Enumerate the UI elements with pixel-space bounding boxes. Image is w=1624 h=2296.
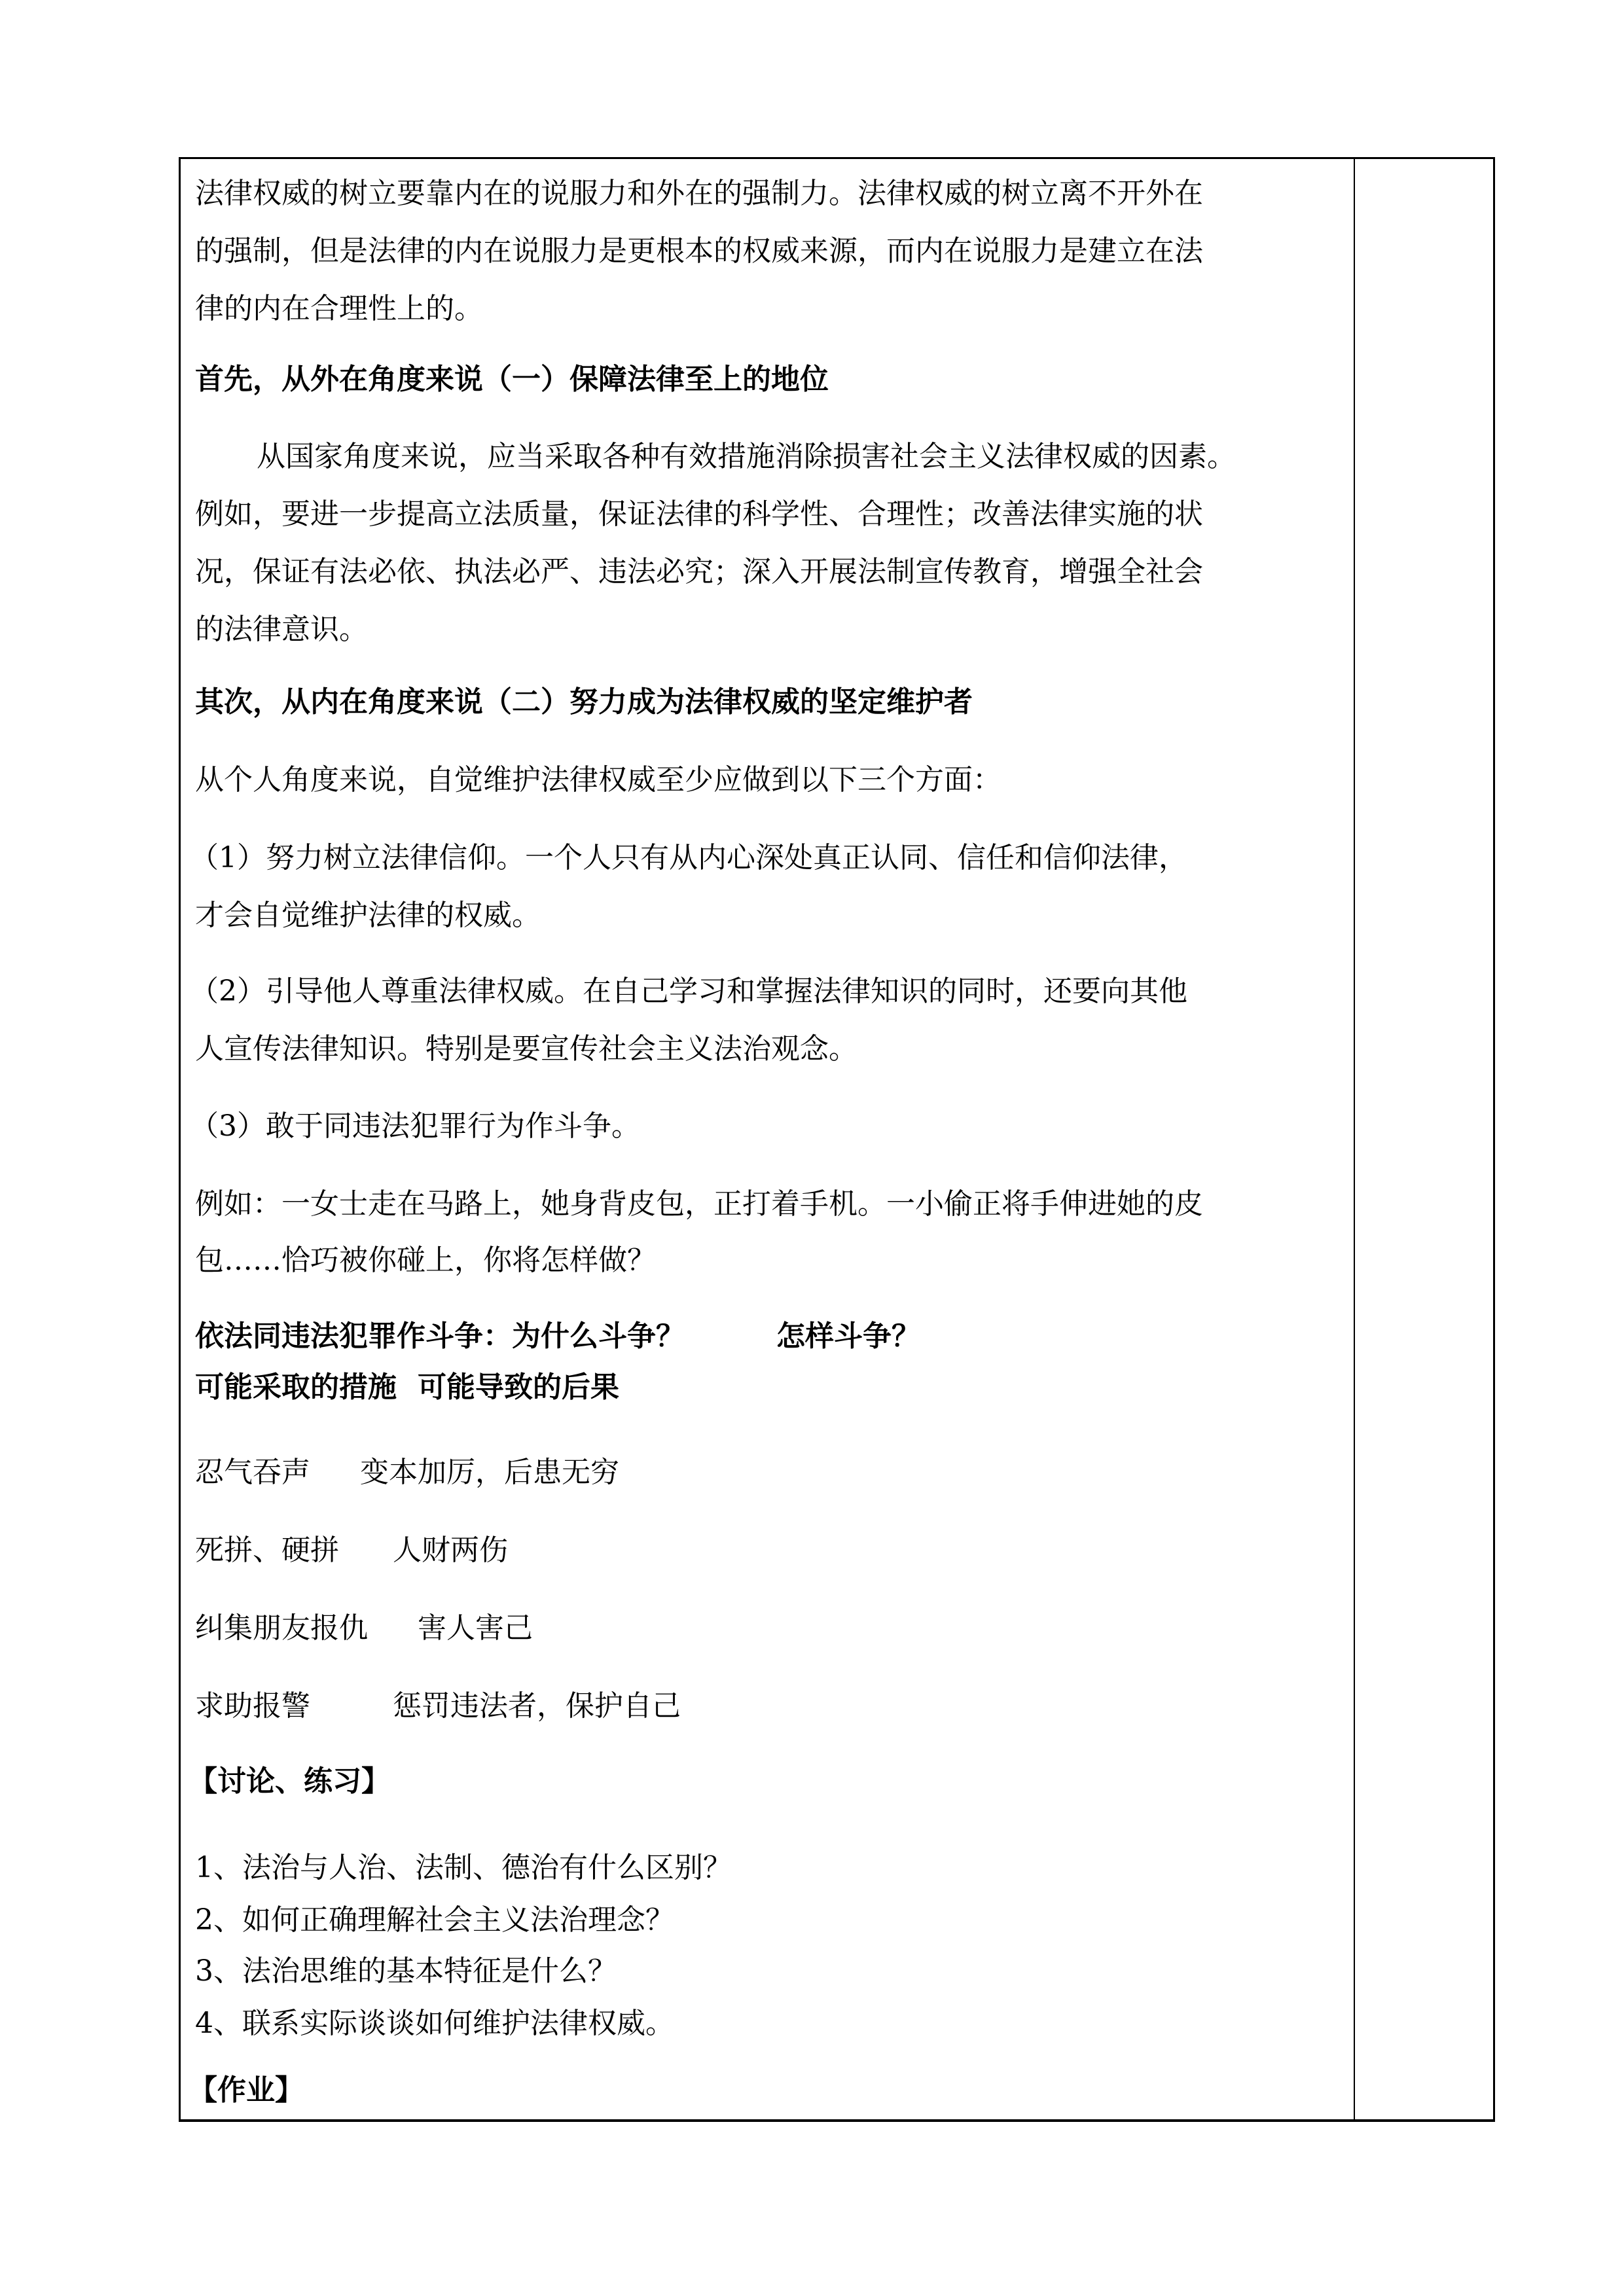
consequence: 人财两伤 <box>393 1536 508 1565</box>
example-line: 例如：一女士走在马路上，她身背皮包，正打着手机。一小偷正将手伸进她的皮 <box>195 1190 1203 1219</box>
consequence: 变本加厉，后患无穷 <box>360 1458 619 1487</box>
point-3-line: （3）敢于同违法犯罪行为作斗争。 <box>190 1112 640 1141</box>
measure: 纠集朋友报仇 <box>195 1614 368 1643</box>
state-perspective-line: 的法律意识。 <box>195 615 368 644</box>
point-1-line: （1）努力树立法律信仰。一个人只有从内心深处真正认同、信任和信仰法律， <box>190 844 1187 872</box>
homework-title: 【作业】 <box>189 2076 304 2105</box>
point-2-line: （2）引导他人尊重法律权威。在自己学习和掌握法律知识的同时，还要向其他 <box>190 977 1187 1006</box>
intro-line: 法律权威的树立要靠内在的说服力和外在的强制力。法律权威的树立离不开外在 <box>195 179 1203 208</box>
measure: 求助报警 <box>195 1692 310 1721</box>
discussion-question: 2、如何正确理解社会主义法治理念？ <box>195 1906 674 1935</box>
measure: 忍气吞声 <box>195 1458 310 1487</box>
state-perspective-line: 例如，要进一步提高立法质量，保证法律的科学性、合理性；改善法律实施的状 <box>195 500 1203 529</box>
struggle-why: 依法同违法犯罪作斗争：为什么斗争？ <box>195 1322 685 1351</box>
consequence: 惩罚违法者，保护自己 <box>393 1692 681 1721</box>
individual-intro: 从个人角度来说，自觉维护法律权威至少应做到以下三个方面： <box>195 766 1001 795</box>
heading-internal: 其次，从内在角度来说（二）努力成为法律权威的坚定维护者 <box>195 688 973 717</box>
point-1-line: 才会自觉维护法律的权威。 <box>195 901 541 930</box>
example-line: 包……恰巧被你碰上，你将怎样做？ <box>195 1246 656 1275</box>
discussion-title: 【讨论、练习】 <box>189 1767 390 1796</box>
measure: 死拼、硬拼 <box>195 1536 339 1565</box>
point-2-line: 人宣传法律知识。特别是要宣传社会主义法治观念。 <box>195 1035 857 1064</box>
state-perspective-line: 况，保证有法必依、执法必严、违法必究；深入开展法制宣传教育，增强全社会 <box>195 558 1203 586</box>
intro-line: 律的内在合理性上的。 <box>195 295 483 323</box>
discussion-question: 4、联系实际谈谈如何维护法律权威。 <box>195 2009 674 2038</box>
struggle-how: 怎样斗争？ <box>776 1322 920 1351</box>
discussion-question: 3、法治思维的基本特征是什么？ <box>195 1957 617 1986</box>
measures-header-col1: 可能采取的措施 <box>195 1373 397 1402</box>
consequence: 害人害己 <box>418 1614 533 1643</box>
measures-header-col2: 可能导致的后果 <box>418 1373 619 1402</box>
discussion-question: 1、法治与人治、法制、德治有什么区别？ <box>195 1854 732 1882</box>
intro-line: 的强制，但是法律的内在说服力是更根本的权威来源，而内在说服力是建立在法 <box>195 237 1203 266</box>
heading-external: 首先，从外在角度来说（一）保障法律至上的地位 <box>195 365 829 394</box>
notes-cell <box>1355 159 1493 2120</box>
state-perspective-line: 从国家角度来说，应当采取各种有效措施消除损害社会主义法律权威的因素。 <box>257 442 1236 471</box>
